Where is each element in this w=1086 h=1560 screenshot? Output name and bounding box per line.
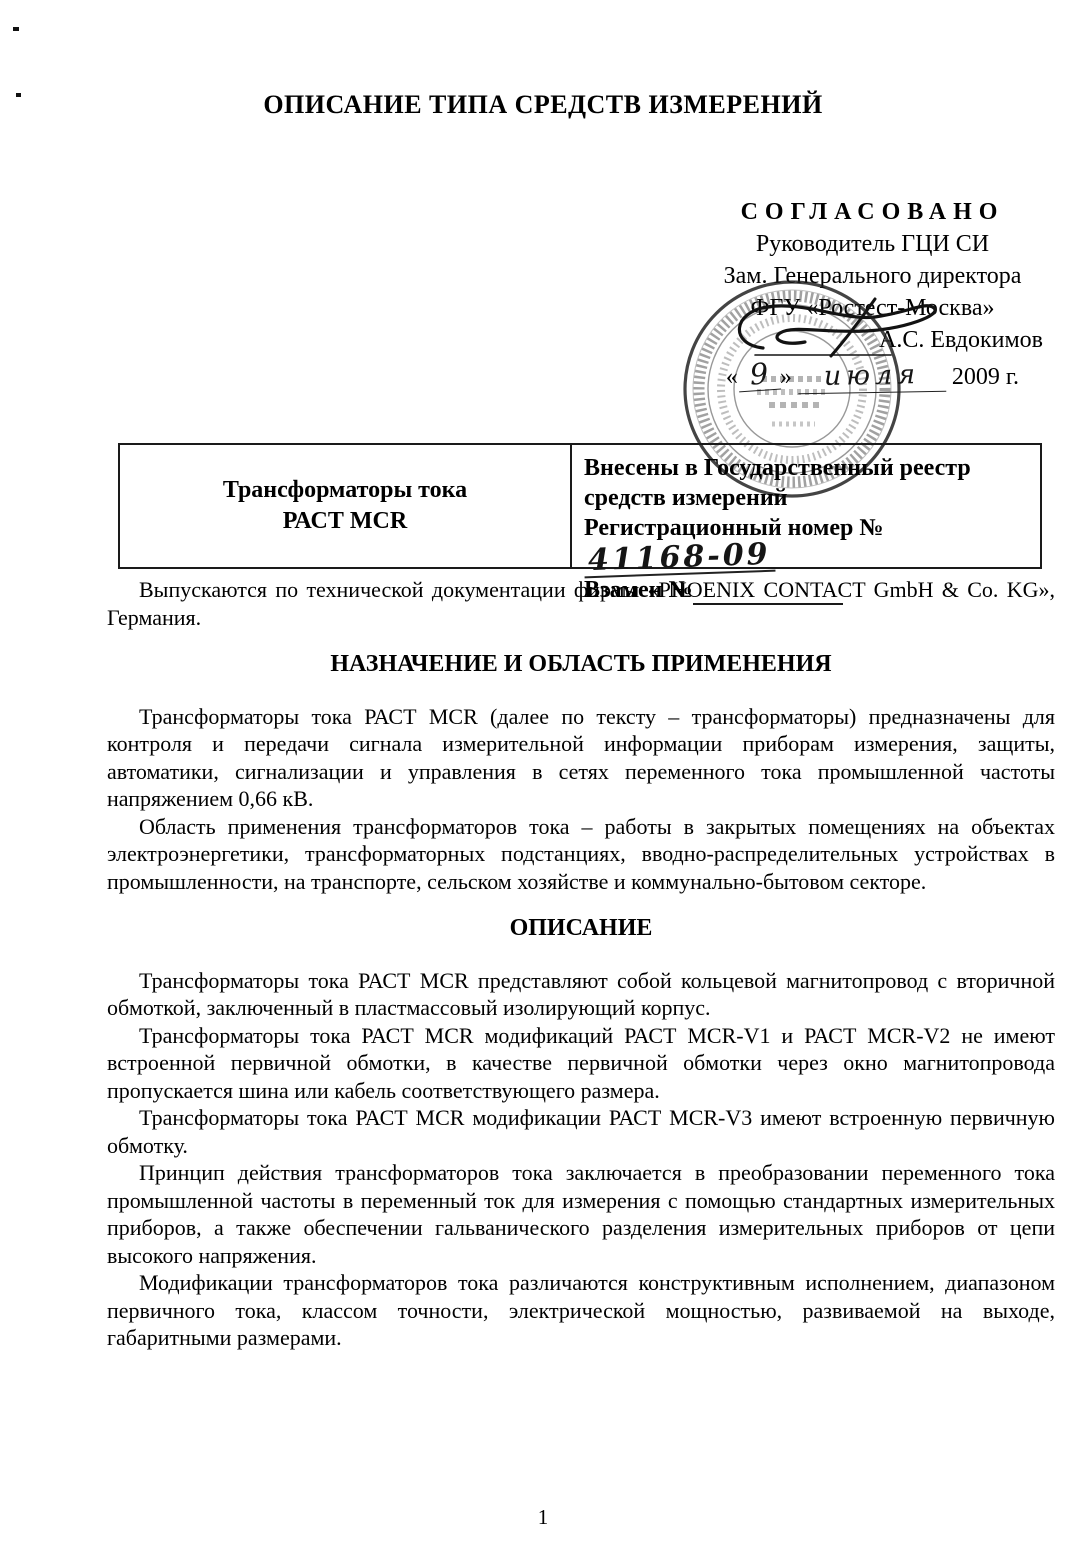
document-body: Выпускаются по технической документации …	[107, 576, 1055, 1352]
approval-line-position: Руководитель ГЦИ СИ	[700, 228, 1045, 260]
body-paragraph: Трансформаторы тока РАСТ MCR модификаций…	[107, 1022, 1055, 1105]
handwritten-month: июля	[798, 359, 947, 395]
approval-line-org: ФГУ «Ростест-Москва»	[700, 292, 1045, 324]
body-paragraph: Трансформаторы тока РАСТ MCR модификации…	[107, 1104, 1055, 1159]
approval-block: СОГЛАСОВАНО Руководитель ГЦИ СИ Зам. Ген…	[700, 196, 1045, 393]
device-name-line2: РАСТ MCR	[120, 506, 570, 537]
intro-paragraph: Выпускаются по технической документации …	[107, 576, 1055, 631]
handwritten-day: 9	[737, 357, 781, 393]
registry-info-cell: Внесены в Государственный реестр средств…	[572, 445, 1040, 567]
approval-signer: А.С. Евдокимов	[700, 324, 1045, 356]
approval-date-line: «9» июля 2009 г.	[700, 358, 1045, 393]
approval-line-deputy: Зам. Генерального директора	[700, 260, 1045, 292]
section-heading-purpose: НАЗНАЧЕНИЕ И ОБЛАСТЬ ПРИМЕНЕНИЯ	[107, 651, 1055, 679]
device-name-cell: Трансформаторы тока РАСТ MCR	[120, 445, 572, 567]
open-quote: «	[726, 364, 738, 390]
page-number: 1	[0, 1505, 1086, 1530]
handwritten-registry-number: 41168-09	[583, 540, 775, 579]
close-quote: »	[780, 364, 792, 390]
date-year: 2009 г.	[952, 364, 1019, 390]
registry-table: Трансформаторы тока РАСТ MCR Внесены в Г…	[118, 443, 1042, 569]
scan-artifact-dot	[13, 27, 19, 31]
approval-heading: СОГЛАСОВАНО	[700, 196, 1045, 228]
section-heading-description: ОПИСАНИЕ	[107, 915, 1055, 943]
document-page: ОПИСАНИЕ ТИПА СРЕДСТВ ИЗМЕРЕНИЙ СОГЛАСОВ…	[0, 0, 1086, 1560]
body-paragraph: Область применения трансформаторов тока …	[107, 813, 1055, 896]
page-title: ОПИСАНИЕ ТИПА СРЕДСТВ ИЗМЕРЕНИЙ	[0, 90, 1086, 120]
body-paragraph: Трансформаторы тока РАСТ MCR (далее по т…	[107, 703, 1055, 813]
registry-line1: Внесены в Государственный реестр	[584, 453, 1034, 483]
body-paragraph: Трансформаторы тока РАСТ MCR представляю…	[107, 967, 1055, 1022]
device-name-line1: Трансформаторы тока	[120, 475, 570, 506]
body-paragraph: Модификации трансформаторов тока различа…	[107, 1269, 1055, 1352]
registry-line2: средств измерений	[584, 483, 1034, 513]
body-paragraph: Принцип действия трансформаторов тока за…	[107, 1159, 1055, 1269]
registry-number-line: Регистрационный номер №41168-09	[584, 513, 1034, 575]
